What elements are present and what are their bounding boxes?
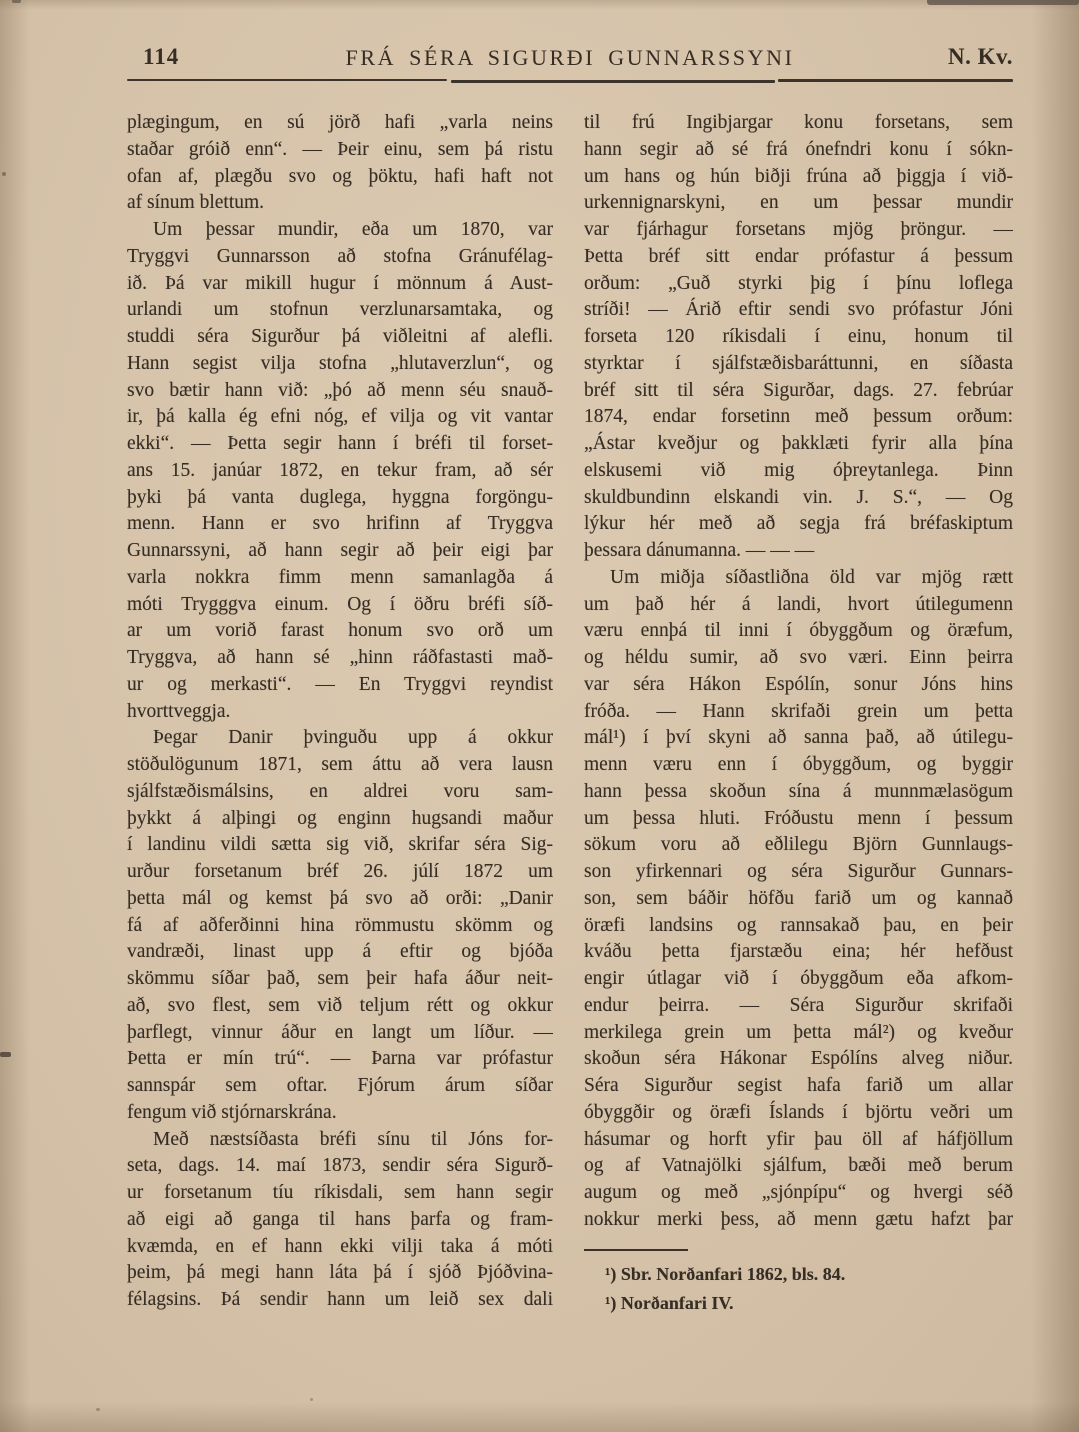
text-line: þykkt á alþingi og enginn hugsandi maður bbox=[127, 806, 553, 833]
text-line: Gunnarssyni, að hann segir að þeir eigi … bbox=[127, 538, 553, 565]
text-line: lýkur hér með að segja frá bréfaskiptum bbox=[584, 511, 1013, 538]
text-line: plægingum, en sú jörð hafi „varla neins bbox=[127, 110, 553, 137]
text-line: hásumar og horft yfir þau öll af háfjöll… bbox=[584, 1127, 1013, 1154]
text-line: móti Trygggva einum. Og í öðru bréfi síð… bbox=[127, 592, 553, 619]
text-line: væru ennþá til inni í óbyggðum og öræfum… bbox=[584, 618, 1013, 645]
text-line: og héldu sumir, að svo væri. Einn þeirra bbox=[584, 645, 1013, 672]
text-line: vandræði, linast upp á eftir og bjóða bbox=[127, 939, 553, 966]
text-line: og af Vatnajölki sjálfum, bæði með berum bbox=[584, 1153, 1013, 1180]
text-line: augum og með „sjónpípu“ og hvergi séð bbox=[584, 1180, 1013, 1207]
text-line: varla nokkra fimm menn samanlagða á bbox=[127, 565, 553, 592]
text-line: mál¹) í því skyni að sanna það, að útile… bbox=[584, 725, 1013, 752]
text-columns: plægingum, en sú jörð hafi „varla neinss… bbox=[127, 110, 1013, 1319]
text-line: Þegar Danir þvinguðu upp á okkur bbox=[127, 725, 553, 752]
text-line: hvorttveggja. bbox=[127, 699, 553, 726]
header-rule bbox=[127, 79, 1013, 83]
text-line: öræfi landsins og rannsakað þau, en þeir bbox=[584, 913, 1013, 940]
page-title: FRÁ SÉRA SIGURÐI GUNNARSSYNI bbox=[345, 45, 794, 71]
text-line: þeim, þá megi hann láta þá í sjóð Þjóðvi… bbox=[127, 1260, 553, 1287]
text-line: son yfirkennari og séra Sigurður Gunnars… bbox=[584, 859, 1013, 886]
paragraph: Með næstsíðasta bréfi sínu til Jóns for-… bbox=[127, 1127, 553, 1314]
text-line: um hans og hún biðji frúna að þiggja í v… bbox=[584, 164, 1013, 191]
scan-smudge-top-left bbox=[12, 0, 21, 3]
column-left: plægingum, en sú jörð hafi „varla neinss… bbox=[127, 110, 553, 1319]
text-line: skoðun séra Hákonar Espólíns alveg niður… bbox=[584, 1046, 1013, 1073]
text-line: kváðu þetta fjarstæðu eina; hér hefðust bbox=[584, 939, 1013, 966]
text-line: Um þessar mundir, eða um 1870, var bbox=[127, 217, 553, 244]
text-line: um það hér á landi, hvort útilegumenn bbox=[584, 592, 1013, 619]
column-right-text: til frú Ingibjargar konu forsetans, semh… bbox=[584, 110, 1013, 1234]
text-line: styrktar í sjálfstæðisbaráttunni, en síð… bbox=[584, 351, 1013, 378]
text-line: stríði! — Árið eftir sendi svo prófastur… bbox=[584, 297, 1013, 324]
text-line: bréf sitt til séra Sigurðar, dags. 27. f… bbox=[584, 378, 1013, 405]
text-line: ¹) Norðanfari IV. bbox=[584, 1289, 1013, 1319]
text-line: engir útlagar við í óbyggðum eða afkom- bbox=[584, 966, 1013, 993]
paragraph: Um þessar mundir, eða um 1870, varTryggv… bbox=[127, 217, 553, 725]
text-line: í landinu vildi sætta sig við, skrifar s… bbox=[127, 832, 553, 859]
text-line: urlandi um stofnun verzlunarsamtaka, og bbox=[127, 297, 553, 324]
text-line: Með næstsíðasta bréfi sínu til Jóns for- bbox=[127, 1127, 553, 1154]
text-line: fróða. — Hann skrifaði grein um þetta bbox=[584, 699, 1013, 726]
paragraph: Þegar Danir þvinguðu upp á okkurstöðulög… bbox=[127, 725, 553, 1126]
text-line: sjálfstæðismálsins, en aldrei voru sam- bbox=[127, 779, 553, 806]
text-line: ur forsetanum tíu ríkisdali, sem hann se… bbox=[127, 1180, 553, 1207]
text-line: þarflegt, vinnur áður en langt um líður.… bbox=[127, 1020, 553, 1047]
text-line: urður forsetanum bréf 26. júlí 1872 um bbox=[127, 859, 553, 886]
text-line: ir, þá kalla ég efni nóg, ef vilja og vi… bbox=[127, 404, 553, 431]
text-line: var séra Hákon Espólín, sonur Jóns hins bbox=[584, 672, 1013, 699]
text-line: merkilega grein um þetta mál²) og kveður bbox=[584, 1020, 1013, 1047]
text-line: að eigi að ganga til hans þarfa og fram- bbox=[127, 1207, 553, 1234]
running-head: 114 FRÁ SÉRA SIGURÐI GUNNARSSYNI N. Kv. bbox=[127, 44, 1013, 74]
text-line: son, sem báðir höfðu farið um og kannað bbox=[584, 886, 1013, 913]
text-line: forseta 120 ríkisdali í einu, honum til bbox=[584, 324, 1013, 351]
page-content: 114 FRÁ SÉRA SIGURÐI GUNNARSSYNI N. Kv. … bbox=[127, 0, 1013, 1432]
text-line: Séra Sigurður segist hafa farið um allar bbox=[584, 1073, 1013, 1100]
text-line: Tryggvi Gunnarsson að stofna Gránufélag- bbox=[127, 244, 553, 271]
text-line: nokkur merki þess, að menn gætu hafzt þa… bbox=[584, 1207, 1013, 1234]
text-line: ar um vorið farast honum svo orð um bbox=[127, 618, 553, 645]
text-line: til frú Ingibjargar konu forsetans, sem bbox=[584, 110, 1013, 137]
text-line: Um miðja síðastliðna öld var mjög rætt bbox=[584, 565, 1013, 592]
text-line: kvæmda, en ef hann ekki vilji taka á mót… bbox=[127, 1234, 553, 1261]
text-line: ofan af, plægðu svo og þöktu, hafi haft … bbox=[127, 164, 553, 191]
text-line: félagsins. Þá sendir hann um leið sex da… bbox=[127, 1287, 553, 1314]
paper-speck bbox=[96, 1408, 100, 1411]
text-line: ans 15. janúar 1872, en tekur fram, að s… bbox=[127, 458, 553, 485]
paragraph: til frú Ingibjargar konu forsetans, semh… bbox=[584, 110, 1013, 565]
running-head-right: N. Kv. bbox=[948, 44, 1013, 70]
text-line: ¹) Sbr. Norðanfari 1862, bls. 84. bbox=[584, 1260, 1013, 1290]
text-line: endur þeirra. — Séra Sigurður skrifaði bbox=[584, 993, 1013, 1020]
text-line: ekki“. — Þetta segir hann í bréfi til fo… bbox=[127, 431, 553, 458]
text-line: „Ástar kveðjur og þakklæti fyrir alla þí… bbox=[584, 431, 1013, 458]
text-line: sökum voru að eðlilegu Björn Gunnlaugs- bbox=[584, 832, 1013, 859]
text-line: elskusemi við mig óþreytanlega. Þinn bbox=[584, 458, 1013, 485]
text-line: staðar gróið enn“. — Þeir einu, sem þá r… bbox=[127, 137, 553, 164]
text-line: skuldbundinn elskandi vin. J. S.“, — Og bbox=[584, 485, 1013, 512]
text-line: Þetta bréf sitt endar prófastur á þessum bbox=[584, 244, 1013, 271]
text-line: að, svo flest, sem við teljum rétt og ok… bbox=[127, 993, 553, 1020]
text-line: studdi séra Sigurður þá viðleitni af ale… bbox=[127, 324, 553, 351]
footnote-rule bbox=[584, 1249, 688, 1251]
text-line: orðum: „Guð styrki þig í þínu loflega bbox=[584, 271, 1013, 298]
text-line: ið. Þá var mikill hugur í mönnum á Aust- bbox=[127, 271, 553, 298]
text-line: sannspár sem oftar. Fjórum árum síðar bbox=[127, 1073, 553, 1100]
text-line: urkennignarskyni, en um þessar mundir bbox=[584, 190, 1013, 217]
book-page: 114 FRÁ SÉRA SIGURÐI GUNNARSSYNI N. Kv. … bbox=[0, 0, 1079, 1432]
paper-speck bbox=[2, 172, 6, 176]
text-line: stöðulögunum 1871, sem áttu að vera laus… bbox=[127, 752, 553, 779]
text-line: þyki þá vanta duglega, hyggna forgöngu- bbox=[127, 485, 553, 512]
text-line: hann þessa skoðun sína á munnmælasögum bbox=[584, 779, 1013, 806]
column-right: til frú Ingibjargar konu forsetans, semh… bbox=[584, 110, 1013, 1319]
page-edge-shadow-left bbox=[0, 0, 30, 1432]
text-line: menn væru enn í óbyggðum, og byggir bbox=[584, 752, 1013, 779]
text-line: Tryggva, að hann sé „hinn ráðfastasti ma… bbox=[127, 645, 553, 672]
text-line: um þessa hluti. Fróðustu menn í þessum bbox=[584, 806, 1013, 833]
text-line: menn. Hann er svo hrifinn af Tryggva bbox=[127, 511, 553, 538]
text-line: Þetta er mín trú“. — Þarna var prófastur bbox=[127, 1046, 553, 1073]
text-line: ur og merkasti“. — En Tryggvi reyndist bbox=[127, 672, 553, 699]
page-edge-shadow-right bbox=[1031, 0, 1079, 1432]
text-line: seta, dags. 14. maí 1873, sendir séra Si… bbox=[127, 1153, 553, 1180]
text-line: var fjárhagur forsetans mjög þröngur. — bbox=[584, 217, 1013, 244]
text-line: hann segir að sé frá ónefndri konu í sók… bbox=[584, 137, 1013, 164]
scan-mark-left-edge bbox=[0, 1052, 11, 1057]
text-line: fengum við stjórnarskrána. bbox=[127, 1100, 553, 1127]
paragraph: plægingum, en sú jörð hafi „varla neinss… bbox=[127, 110, 553, 217]
text-line: óbyggðir og öræfi Íslands í björtu veðri… bbox=[584, 1100, 1013, 1127]
text-line: af sínum blettum. bbox=[127, 190, 553, 217]
footnotes: ¹) Sbr. Norðanfari 1862, bls. 84.¹) Norð… bbox=[584, 1260, 1013, 1319]
text-line: Hann segist vilja stofna „hlutaverzlun“,… bbox=[127, 351, 553, 378]
paragraph: Um miðja síðastliðna öld var mjög rættum… bbox=[584, 565, 1013, 1234]
text-line: svo bætir hann við: „þó að menn séu snau… bbox=[127, 378, 553, 405]
text-line: 1874, endar forsetinn með þessum orðum: bbox=[584, 404, 1013, 431]
text-line: þetta mál og kemst þá svo að orði: „Dani… bbox=[127, 886, 553, 913]
page-number: 114 bbox=[143, 44, 179, 70]
text-line: skömmu síðar það, sem þeir hafa áður nei… bbox=[127, 966, 553, 993]
text-line: fá af aðferðinni hina römmustu skömm og bbox=[127, 913, 553, 940]
text-line: þessara dánumanna. — — — bbox=[584, 538, 1013, 565]
